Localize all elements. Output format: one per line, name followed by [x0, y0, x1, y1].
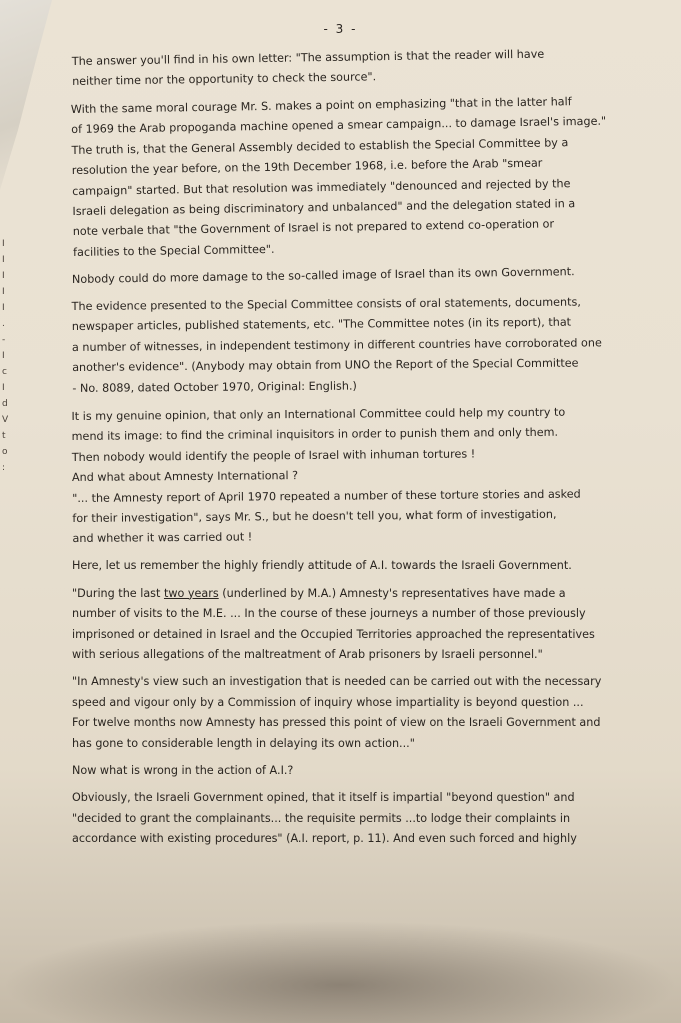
- paragraph-obviously: Obviously, the Israeli Government opined…: [72, 788, 642, 849]
- text-line: "decided to grant the complainants... th…: [72, 809, 642, 829]
- text-line: For twelve months now Amnesty has presse…: [72, 713, 642, 733]
- text-line: "In Amnesty's view such an investigation…: [72, 672, 642, 692]
- paragraph-smear-campaign: With the same moral courage Mr. S. makes…: [71, 91, 643, 263]
- text-line: Here, let us remember the highly friendl…: [72, 556, 642, 576]
- paragraph-damage: Nobody could do more damage to the so-ca…: [72, 261, 642, 290]
- margin-mark: -: [2, 332, 10, 348]
- text-line: accordance with existing procedures" (A.…: [72, 829, 642, 849]
- text-line: - No. 8089, dated October 1970, Original…: [72, 374, 642, 399]
- page-number: - 3 -: [0, 22, 681, 36]
- text-line: Obviously, the Israeli Government opined…: [72, 788, 642, 808]
- underlined-text: two years: [164, 587, 219, 600]
- margin-mark: I: [2, 236, 10, 252]
- margin-mark: c: [2, 364, 10, 380]
- left-margin-marks: IIIII.-IcIdVto:: [2, 236, 10, 506]
- paragraph-question: Now what is wrong in the action of A.I.?: [72, 761, 642, 781]
- paragraph-evidence: The evidence presented to the Special Co…: [72, 292, 643, 399]
- paragraph-source-quote: The answer you'll find in his own letter…: [72, 43, 643, 93]
- margin-mark: o: [2, 444, 10, 460]
- margin-mark: I: [2, 300, 10, 316]
- margin-mark: I: [2, 284, 10, 300]
- text-line: Now what is wrong in the action of A.I.?: [72, 761, 642, 781]
- text-line: with serious allegations of the maltreat…: [72, 645, 642, 665]
- paragraph-opinion: It is my genuine opinion, that only an I…: [71, 402, 642, 550]
- text-line: speed and vigour only by a Commission of…: [72, 693, 642, 713]
- margin-mark: :: [2, 460, 10, 476]
- margin-mark: .: [2, 316, 10, 332]
- document-body: The answer you'll find in his own letter…: [72, 52, 642, 857]
- paragraph-amnesty-view: "In Amnesty's view such an investigation…: [72, 672, 642, 754]
- text-fragment: "During the last: [72, 587, 164, 600]
- text-line: number of visits to the M.E. ... In the …: [72, 604, 642, 624]
- text-line: and whether it was carried out !: [72, 524, 642, 549]
- margin-mark: I: [2, 268, 10, 284]
- margin-mark: V: [2, 412, 10, 428]
- paragraph-friendly-attitude: Here, let us remember the highly friendl…: [72, 556, 642, 576]
- margin-mark: I: [2, 380, 10, 396]
- text-fragment: (underlined by M.A.) Amnesty's represent…: [219, 587, 566, 600]
- margin-mark: I: [2, 252, 10, 268]
- margin-mark: d: [2, 396, 10, 412]
- margin-mark: t: [2, 428, 10, 444]
- text-line: mend its image: to find the criminal inq…: [72, 422, 642, 447]
- text-line: imprisoned or detained in Israel and the…: [72, 625, 642, 645]
- text-line: "During the last two years (underlined b…: [72, 584, 642, 604]
- margin-mark: I: [2, 348, 10, 364]
- text-line: has gone to considerable length in delay…: [72, 734, 642, 754]
- paragraph-two-years-quote: "During the last two years (underlined b…: [72, 584, 642, 666]
- text-line: Nobody could do more damage to the so-ca…: [72, 261, 642, 290]
- document-page: IIIII.-IcIdVto: - 3 - The answer you'll …: [0, 0, 681, 1023]
